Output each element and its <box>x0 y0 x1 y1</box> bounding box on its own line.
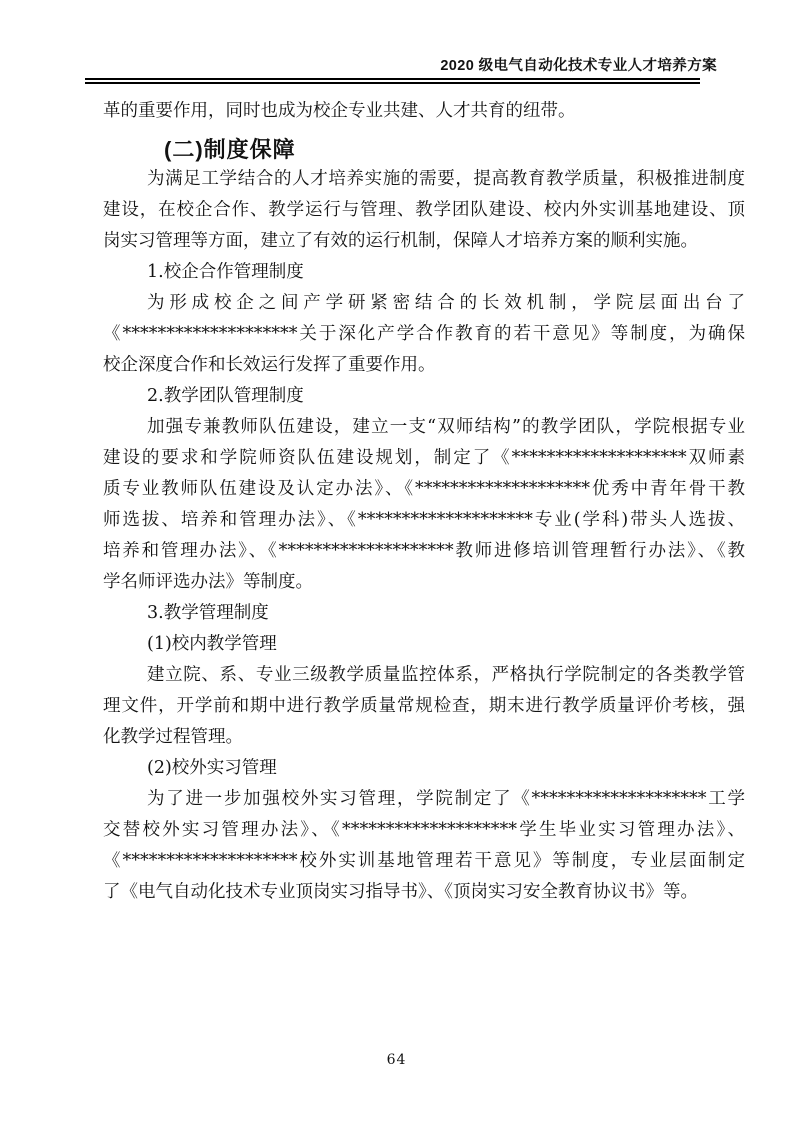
body-line: 建立院、系、专业三级教学质量监控体系，严格执行学院制定的各类教学管 <box>103 660 745 691</box>
body-line: 师选拔、培养和管理办法》、《********************专业(学科)… <box>103 505 745 536</box>
body-line: 理文件，开学前和期中进行教学质量常规检查，期末进行教学质量评价考核，强 <box>103 691 745 722</box>
body-line: 校企深度合作和长效运行发挥了重要作用。 <box>103 350 745 381</box>
body-line: 2.教学团队管理制度 <box>103 381 745 412</box>
body-line: 化教学过程管理。 <box>103 722 745 753</box>
body-line: 学名师评选办法》等制度。 <box>103 567 745 598</box>
body-line: 《********************关于深化产学合作教育的若干意见》等制度… <box>103 319 745 350</box>
body-line: 培养和管理办法》、《********************教师进修培训管理暂行… <box>103 536 745 567</box>
body-line: (1)校内教学管理 <box>103 629 745 660</box>
body-line: 了《电气自动化技术专业顶岗实习指导书》、《顶岗实习安全教育协议书》等。 <box>103 877 745 908</box>
body-line: 建设，在校企合作、教学运行与管理、教学团队建设、校内外实训基地建设、顶 <box>103 195 745 226</box>
page-header-title: 2020 级电气自动化技术专业人才培养方案 <box>440 54 717 75</box>
body-line: 岗实习管理等方面，建立了有效的运行机制，保障人才培养方案的顺利实施。 <box>103 226 745 257</box>
body-line: 3.教学管理制度 <box>103 598 745 629</box>
page-number: 64 <box>0 1052 793 1068</box>
body-line: 为了进一步加强校外实习管理，学院制定了《********************… <box>103 784 745 815</box>
header-double-rule <box>85 78 700 84</box>
body-line: 《********************校外实训基地管理若干意见》等制度，专业… <box>103 846 745 877</box>
body-line: 为满足工学结合的人才培养实施的需要，提高教育教学质量，积极推进制度 <box>103 164 745 195</box>
body-line: (2)校外实习管理 <box>103 753 745 784</box>
body-lines: 为满足工学结合的人才培养实施的需要，提高教育教学质量，积极推进制度建设，在校企合… <box>103 164 745 908</box>
intro-paragraph-line: 革的重要作用，同时也成为校企专业共建、人才共育的纽带。 <box>103 96 745 127</box>
body-line: 建设的要求和学院师资队伍建设规划，制定了《*******************… <box>103 443 745 474</box>
document-page: 2020 级电气自动化技术专业人才培养方案 革的重要作用，同时也成为校企专业共建… <box>0 0 793 1122</box>
body-line: 交替校外实习管理办法》、《********************学生毕业实习管… <box>103 815 745 846</box>
body-line: 为形成校企之间产学研紧密结合的长效机制，学院层面出台了 <box>103 288 745 319</box>
section-heading: (二)制度保障 <box>164 133 296 164</box>
body-line: 1.校企合作管理制度 <box>103 257 745 288</box>
body-line: 加强专兼教师队伍建设，建立一支“双师结构”的教学团队，学院根据专业 <box>103 412 745 443</box>
body-line: 质专业教师队伍建设及认定办法》、《********************优秀中… <box>103 474 745 505</box>
